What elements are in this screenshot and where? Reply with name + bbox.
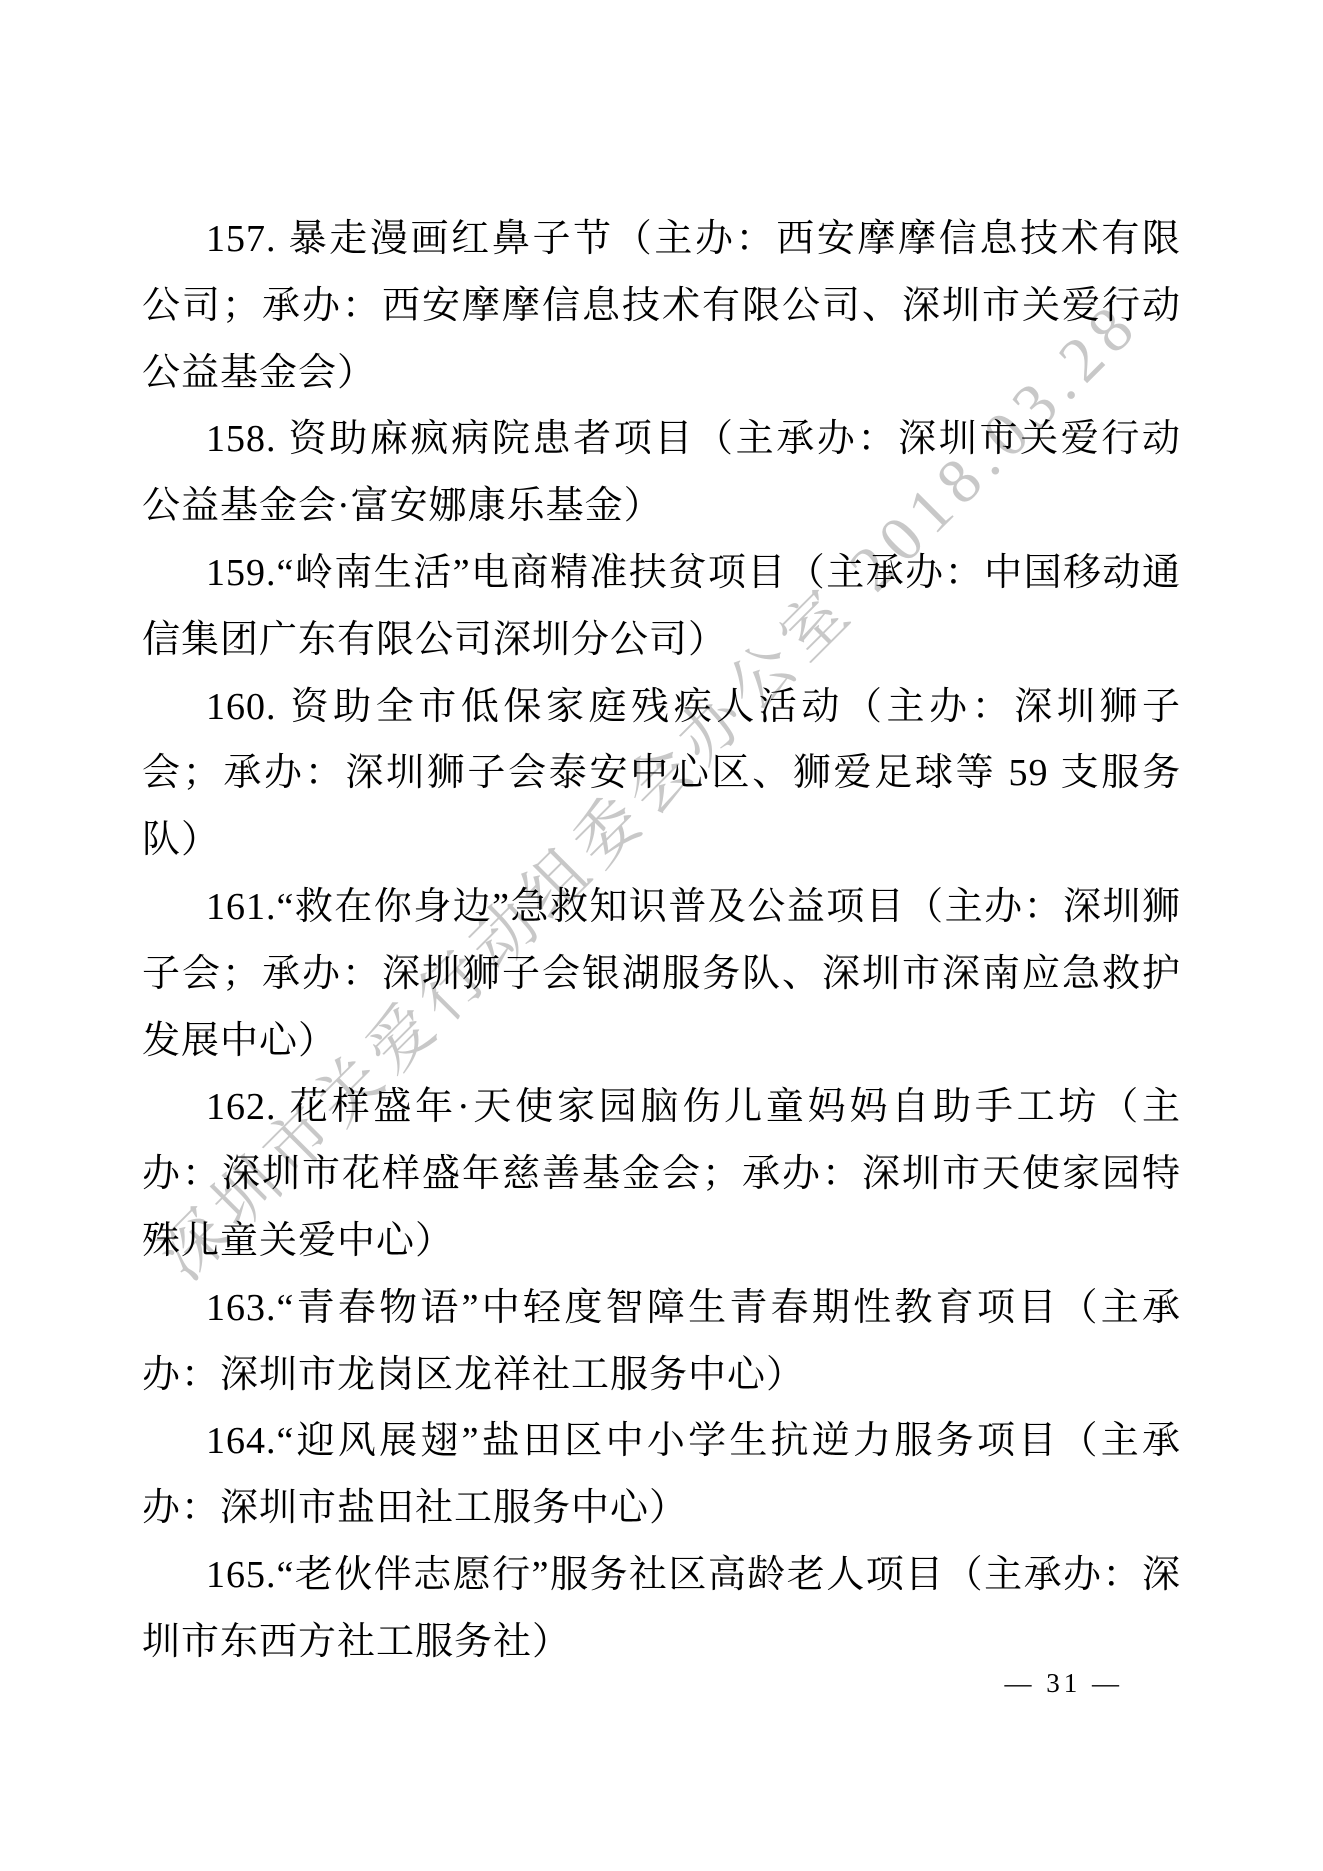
document-page: 深圳市关爱行动组委会办公室 2018.03.28 157. 暴走漫画红鼻子节（主…: [0, 0, 1323, 1871]
document-body: 157. 暴走漫画红鼻子节（主办：西安摩摩信息技术有限公司；承办：西安摩摩信息技…: [142, 206, 1181, 1676]
paragraph: 158. 资助麻疯病院患者项目（主承办：深圳市关爱行动公益基金会·富安娜康乐基金…: [142, 406, 1181, 540]
paragraph: 165.“老伙伴志愿行”服务社区高龄老人项目（主承办：深圳市东西方社工服务社）: [142, 1542, 1181, 1676]
paragraph: 163.“青春物语”中轻度智障生青春期性教育项目（主承办：深圳市龙岗区龙祥社工服…: [142, 1275, 1181, 1409]
paragraph: 159.“岭南生活”电商精准扶贫项目（主承办：中国移动通信集团广东有限公司深圳分…: [142, 540, 1181, 674]
paragraph: 157. 暴走漫画红鼻子节（主办：西安摩摩信息技术有限公司；承办：西安摩摩信息技…: [142, 206, 1181, 406]
paragraph: 161.“救在你身边”急救知识普及公益项目（主办：深圳狮子会；承办：深圳狮子会银…: [142, 874, 1181, 1074]
paragraph: 160. 资助全市低保家庭残疾人活动（主办：深圳狮子会；承办：深圳狮子会泰安中心…: [142, 674, 1181, 874]
paragraph: 164.“迎风展翅”盐田区中小学生抗逆力服务项目（主承办：深圳市盐田社工服务中心…: [142, 1408, 1181, 1542]
paragraph: 162. 花样盛年·天使家园脑伤儿童妈妈自助手工坊（主办：深圳市花样盛年慈善基金…: [142, 1074, 1181, 1274]
page-number: — 31 —: [1005, 1668, 1124, 1699]
